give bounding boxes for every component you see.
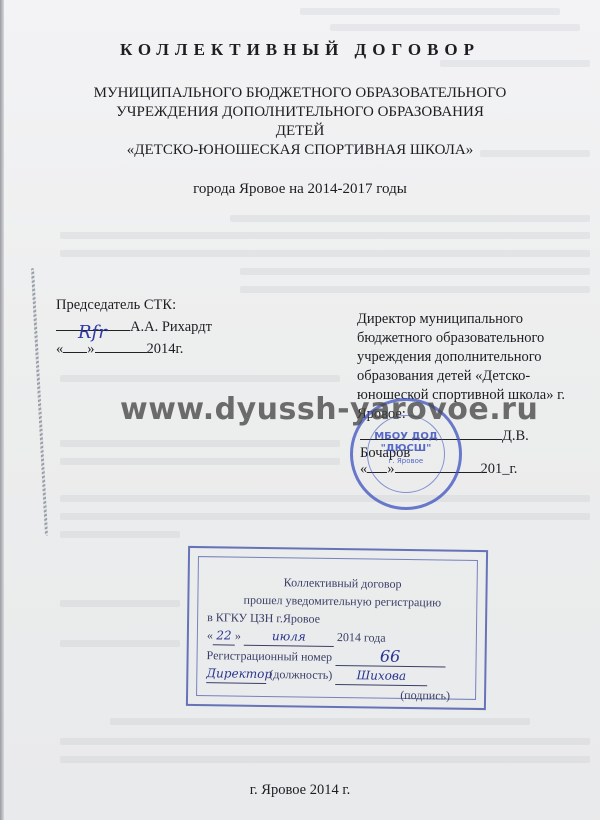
org-line: МУНИЦИПАЛЬНОГО БЮДЖЕТНОГО ОБРАЗОВАТЕЛЬНО… (60, 84, 540, 103)
signatory-left-name-row: Rfr А.А. Рихардт (56, 316, 212, 338)
registration-stamp: Коллективный договор прошел уведомительн… (186, 546, 488, 710)
org-line: ДЕТЕЙ (60, 122, 540, 141)
role-line: бюджетного образовательного (357, 329, 597, 348)
role-line: учреждения дополнительного (357, 348, 597, 367)
watermark: www.dyussh-yarovoe.ru (120, 392, 538, 427)
signatory-left-role: Председатель СТК: (56, 294, 212, 316)
role-line: образования детей «Детско- (357, 367, 597, 386)
signatory-left-name: А.А. Рихардт (130, 319, 212, 335)
signature-line: Rfr (56, 330, 130, 331)
org-line: УЧРЕЖДЕНИЯ ДОПОЛНИТЕЛЬНОГО ОБРАЗОВАНИЯ (60, 103, 540, 122)
reg-number: 66 (335, 647, 445, 668)
page-edge (0, 0, 4, 820)
organization-name: МУНИЦИПАЛЬНОГО БЮДЖЕТНОГО ОБРАЗОВАТЕЛЬНО… (60, 84, 540, 160)
document-title: КОЛЛЕКТИВНЫЙ ДОГОВОР (0, 40, 600, 60)
role-line: Директор муниципального (357, 310, 597, 329)
binding-thread (31, 268, 48, 536)
signatory-left: Председатель СТК: Rfr А.А. Рихардт «»201… (56, 294, 212, 360)
org-line: «ДЕТСКО-ЮНОШЕСКАЯ СПОРТИВНАЯ ШКОЛА» (60, 141, 540, 160)
seal-text: МБОУ ДОД "ДЮСШ" г. Яровое (353, 431, 459, 467)
document-page: КОЛЛЕКТИВНЫЙ ДОГОВОР МУНИЦИПАЛЬНОГО БЮДЖ… (0, 0, 600, 820)
city-and-term: города Яровое на 2014-2017 годы (0, 181, 600, 198)
reg-signature-label: (подпись) (206, 683, 476, 705)
handwritten-signature: Rfr (78, 322, 107, 344)
reg-position-row: Директор (должность) Шихова (206, 664, 476, 687)
footer-place-year: г. Яровое 2014 г. (0, 782, 600, 799)
